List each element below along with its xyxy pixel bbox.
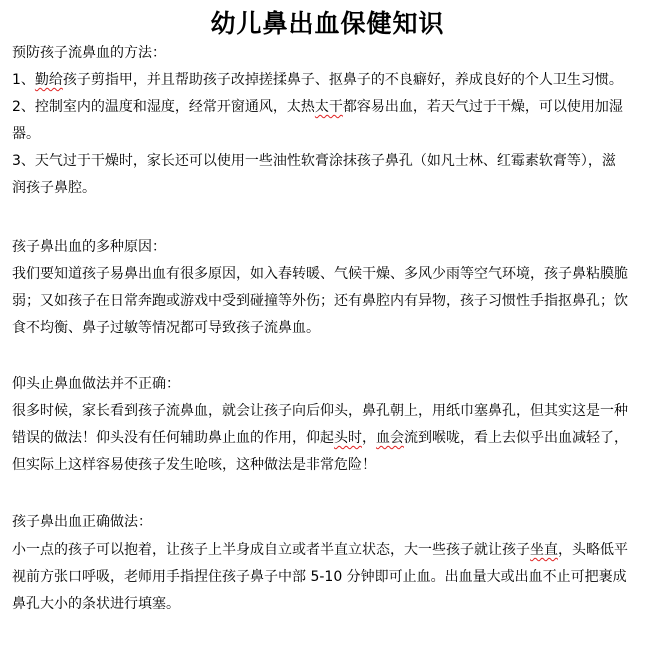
document-page: 幼儿鼻出血保健知识 预防孩子流鼻血的方法： 1、勤给孩子剪指甲，并且帮助孩子改掉… xyxy=(0,0,655,663)
paragraph-line: 错误的做法！仰头没有任何辅助鼻止血的作用，仰起头时，血会流到喉咙，看上去似乎出血… xyxy=(12,429,652,447)
text-run: 小一点的孩子可以抱着，让孩子上半身成自立或者半直立状态，大一些孩子就让孩子 xyxy=(12,542,530,558)
spellcheck-flagged-text[interactable]: 头时 xyxy=(334,430,362,446)
paragraph-line: 但实际上这样容易使孩子发生呛咳，这种做法是非常危险！ xyxy=(12,456,652,474)
section-heading-prevention: 预防孩子流鼻血的方法： xyxy=(12,44,652,62)
text-run: 孩子剪指甲，并且帮助孩子改掉搓揉鼻子、抠鼻子的不良癖好，养成良好的个人卫生习惯。 xyxy=(63,72,623,88)
paragraph-line: 器。 xyxy=(12,125,652,143)
paragraph-line: 2、控制室内的温度和湿度，经常开窗通风，太热太干都容易出血，若天气过于干燥，可以… xyxy=(12,98,652,116)
section-heading-correct-method: 孩子鼻出血正确做法： xyxy=(12,513,652,531)
spellcheck-flagged-text[interactable]: 勤给 xyxy=(35,72,63,88)
paragraph-line: 视前方张口呼吸，老师用手指捏住孩子鼻子中部 5-10 分钟即可止血。出血量大或出… xyxy=(12,568,652,586)
paragraph-line: 润孩子鼻腔。 xyxy=(12,179,652,197)
text-run: 都容易出血，若天气过于干燥，可以使用加湿 xyxy=(343,99,623,115)
text-run: ，头略低平 xyxy=(558,542,628,558)
text-run: 2、控制室内的温度和湿度，经常开窗通风，太热 xyxy=(12,99,315,115)
section-heading-causes: 孩子鼻出血的多种原因： xyxy=(12,238,652,256)
paragraph-line: 我们要知道孩子易鼻出血有很多原因，如入春转暖、气候干燥、多风少雨等空气环境，孩子… xyxy=(12,265,652,283)
paragraph-line: 鼻孔大小的条状进行填塞。 xyxy=(12,595,652,613)
paragraph-line: 1、勤给孩子剪指甲，并且帮助孩子改掉搓揉鼻子、抠鼻子的不良癖好，养成良好的个人卫… xyxy=(12,71,652,89)
section-heading-head-tilt: 仰头止鼻血做法并不正确： xyxy=(12,375,652,393)
spellcheck-flagged-text[interactable]: 太干 xyxy=(315,99,343,115)
paragraph-line: 食不均衡、鼻子过敏等情况都可导致孩子流鼻血。 xyxy=(12,319,652,337)
paragraph-line: 很多时候，家长看到孩子流鼻血，就会让孩子向后仰头，鼻孔朝上，用纸巾塞鼻孔，但其实… xyxy=(12,402,652,420)
spellcheck-flagged-text[interactable]: 血会 xyxy=(376,430,404,446)
text-run: 1、 xyxy=(12,72,35,88)
paragraph-line: 3、天气过于干燥时，家长还可以使用一些油性软膏涂抹孩子鼻孔（如凡士林、红霉素软膏… xyxy=(12,152,652,170)
paragraph-line: 小一点的孩子可以抱着，让孩子上半身成自立或者半直立状态，大一些孩子就让孩子坐直，… xyxy=(12,541,652,559)
spellcheck-flagged-text[interactable]: 坐直 xyxy=(530,542,558,558)
text-run: ， xyxy=(362,430,376,446)
text-run: 错误的做法！仰头没有任何辅助鼻止血的作用，仰起 xyxy=(12,430,334,446)
document-title: 幼儿鼻出血保健知识 xyxy=(0,8,655,40)
paragraph-line: 弱；又如孩子在日常奔跑或游戏中受到碰撞等外伤；还有鼻腔内有异物，孩子习惯性手指抠… xyxy=(12,292,652,310)
text-run: 流到喉咙，看上去似乎出血减轻了， xyxy=(404,430,628,446)
